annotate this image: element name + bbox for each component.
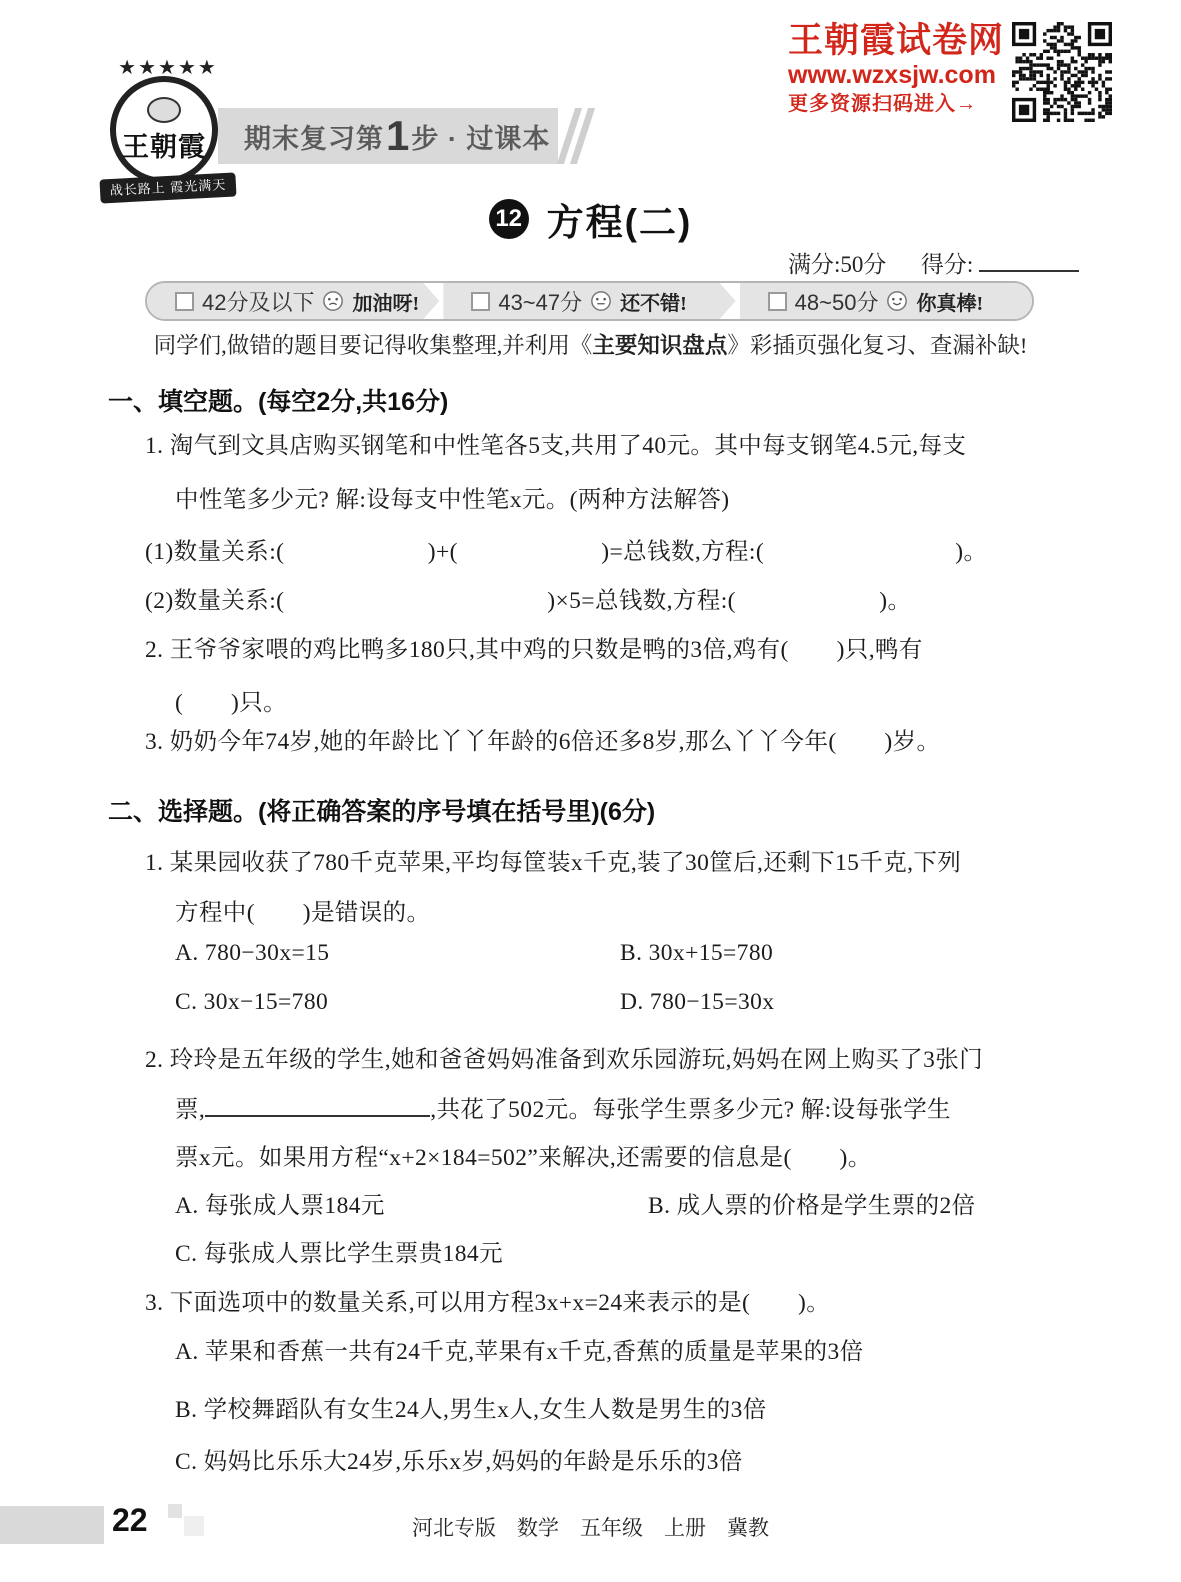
s2-q3-line1: 3. 下面选项中的数量关系,可以用方程3x+x=24来表示的是( )。 [145,1283,830,1317]
site-block: 王朝霞试卷网 www.wzxsjw.com 更多资源扫码进入→ [788,22,1018,118]
s1-q2-line1: 2. 王爷爷家喂的鸡比鸭多180只,其中鸡的只数是鸭的3倍,鸡有( )只,鸭有 [145,630,923,664]
s2-q1-option-c[interactable]: C. 30x−15=780 [175,989,328,1016]
s2-q3-option-c[interactable]: C. 妈妈比乐乐大24岁,乐乐x岁,妈妈的年龄是乐乐的3倍 [175,1442,743,1476]
s2-q3-option-a[interactable]: A. 苹果和香蕉一共有24千克,苹果有x千克,香蕉的质量是苹果的3倍 [175,1332,864,1366]
section1-heading: 一、填空题。(每空2分,共16分) [108,382,448,418]
band-segment-low: 42分及以下 加油呀! [147,283,439,319]
tip-text: 同学们,做错的题目要记得收集整理,并利用《 [154,333,593,358]
face-icon [590,290,612,312]
s2-q2-line3: 票x元。如果用方程“x+2×184=502”来解决,还需要的信息是( )。 [175,1138,872,1172]
s2-q2-line2: 票,,共花了502元。每张学生票多少元? 解:设每张学生 [175,1090,951,1124]
site-name: 王朝霞试卷网 [788,22,1018,60]
step-banner: 期末复习第 1 步 · 过课本 [218,108,558,164]
checkbox[interactable] [471,292,490,311]
face-icon [322,290,344,312]
qr-code-icon [1012,22,1112,122]
checkbox[interactable] [175,292,194,311]
fill-blank-field[interactable] [205,1093,430,1117]
edition-label: 河北专版 数学 五年级 上册 冀教 [0,1512,1181,1542]
full-score-label: 满分:50分 [788,252,886,277]
praise-label: 还不错! [620,287,687,316]
s2-q1-option-a[interactable]: A. 780−30x=15 [175,940,329,967]
s2-q2-option-a[interactable]: A. 每张成人票184元 [175,1186,385,1220]
s1-q3-line1: 3. 奶奶今年74岁,她的年龄比丫丫年龄的6倍还多8岁,那么丫丫今年( )岁。 [145,722,940,756]
got-score-label: 得分: [921,252,973,277]
banner-step-number: 1 [386,112,409,160]
section2-heading: 二、选择题。(将正确答案的序号填在括号里)(6分) [108,792,655,828]
s1-q1-line1: 1. 淘气到文具店购买钢笔和中性笔各5支,共用了40元。其中每支钢笔4.5元,每… [145,426,966,460]
lesson-number-badge: 12 [489,199,529,239]
s2-q2-line2-pre: 票, [175,1097,205,1123]
band-segment-mid: 43~47分 还不错! [443,283,735,319]
logo-name: 王朝霞 [122,125,206,164]
score-range-label: 43~47分 [498,286,582,317]
s1-q2-line2: ( )只。 [175,683,287,717]
score-range-label: 48~50分 [795,286,879,317]
star-icon: ★★★★★ [98,58,238,78]
checkbox[interactable] [768,292,787,311]
s2-q1-line1: 1. 某果园收获了780千克苹果,平均每筐装x千克,装了30筐后,还剩下15千克… [145,843,961,877]
tip-text: 》彩插页强化复习、查漏补缺! [727,333,1027,358]
score-row: 满分:50分 得分: [788,246,1079,279]
tip-emphasis: 主要知识盘点 [592,333,727,358]
s2-q1-option-d[interactable]: D. 780−15=30x [620,989,774,1016]
banner-text-post: 步 · 过课本 [411,117,550,156]
s2-q3-option-b[interactable]: B. 学校舞蹈队有女生24人,男生x人,女生人数是男生的3倍 [175,1390,767,1424]
s1-q1-sub1[interactable]: (1)数量关系:( )+( )=总钱数,方程:( )。 [145,532,987,566]
s2-q2-line2-post: ,共花了502元。每张学生票多少元? 解:设每张学生 [430,1097,951,1123]
page-title: 12 方程(二) [0,192,1181,246]
site-url[interactable]: www.wzxsjw.com [788,60,1018,90]
s2-q2-option-b[interactable]: B. 成人票的价格是学生票的2倍 [648,1186,976,1220]
face-icon [886,290,908,312]
s2-q2-option-c[interactable]: C. 每张成人票比学生票贵184元 [175,1234,503,1268]
portrait-icon [147,97,181,123]
study-tip: 同学们,做错的题目要记得收集整理,并利用《主要知识盘点》彩插页强化复习、查漏补缺… [0,328,1181,360]
praise-label: 你真棒! [916,287,983,316]
s1-q1-sub2[interactable]: (2)数量关系:( )×5=总钱数,方程:( )。 [145,581,911,615]
scan-hint: 更多资源扫码进入→ [788,90,1018,118]
s2-q1-option-b[interactable]: B. 30x+15=780 [620,940,773,967]
score-blank-field[interactable] [979,250,1079,272]
s2-q1-line2: 方程中( )是错误的。 [175,893,430,927]
lesson-title: 方程(二) [547,192,693,246]
worksheet-page: ★★★★★ 王朝霞 战长路上 霞光满天 期末复习第 1 步 · 过课本 王朝霞试… [0,0,1181,1582]
banner-text-pre: 期末复习第 [244,117,384,156]
publisher-logo: ★★★★★ 王朝霞 战长路上 霞光满天 [98,58,238,208]
logo-badge: 王朝霞 [110,76,218,184]
s2-q2-line1: 2. 玲玲是五年级的学生,她和爸爸妈妈准备到欢乐园游玩,妈妈在网上购买了3张门 [145,1040,983,1074]
band-segment-high: 48~50分 你真棒! [740,283,1032,319]
s1-q1-line2: 中性笔多少元? 解:设每支中性笔x元。(两种方法解答) [175,480,730,514]
self-assessment-band: 42分及以下 加油呀! 43~47分 还不错! 48~50分 [145,281,1034,321]
score-range-label: 42分及以下 [202,286,314,317]
praise-label: 加油呀! [352,287,419,316]
